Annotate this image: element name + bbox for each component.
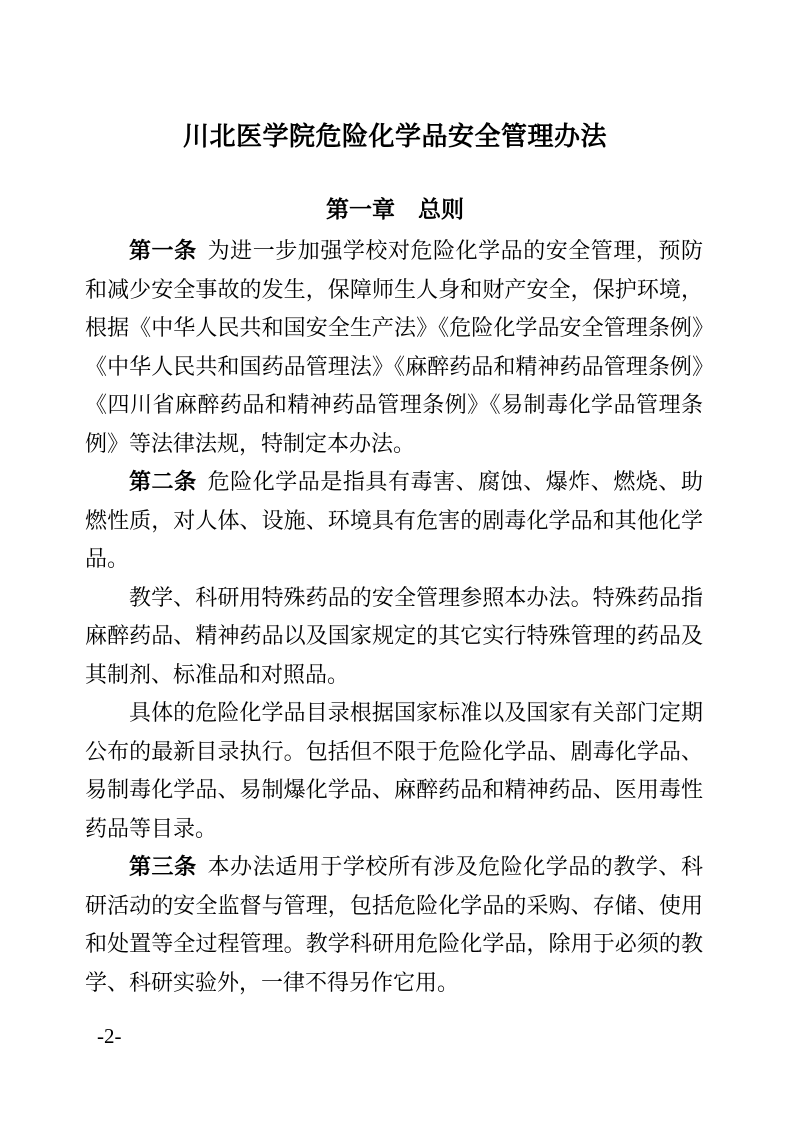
paragraph-text: 教学、科研用特殊药品的安全管理参照本办法。特殊药品指麻醉药品、精神药品以及国家规… (85, 585, 703, 687)
paragraph-text: 为进一步加强学校对危险化学品的安全管理，预防和减少安全事故的发生，保障师生人身和… (85, 238, 703, 456)
paragraph-article-2-cont-1: 教学、科研用特殊药品的安全管理参照本办法。特殊药品指麻醉药品、精神药品以及国家规… (85, 579, 703, 695)
paragraph-article-1: 第一条为进一步加强学校对危险化学品的安全管理，预防和减少安全事故的发生，保障师生… (85, 232, 703, 463)
article-label: 第一条 (129, 238, 197, 263)
paragraph-article-3: 第三条本办法适用于学校所有涉及危险化学品的教学、科研活动的安全监督与管理，包括危… (85, 848, 703, 1002)
paragraph-text: 具体的危险化学品目录根据国家标准以及国家有关部门定期公布的最新目录执行。包括但不… (85, 700, 703, 841)
document-title: 川北医学院危险化学品安全管理办法 (85, 118, 705, 156)
page-number: -2- (97, 1022, 122, 1050)
document-body: 第一条为进一步加强学校对危险化学品的安全管理，预防和减少安全事故的发生，保障师生… (85, 232, 703, 1002)
chapter-heading: 第一章 总则 (85, 192, 705, 228)
paragraph-article-2-cont-2: 具体的危险化学品目录根据国家标准以及国家有关部门定期公布的最新目录执行。包括但不… (85, 694, 703, 848)
article-label: 第三条 (129, 854, 197, 879)
article-label: 第二条 (129, 469, 197, 494)
paragraph-article-2: 第二条危险化学品是指具有毒害、腐蚀、爆炸、燃烧、助燃性质，对人体、设施、环境具有… (85, 463, 703, 579)
document-page: 川北医学院危险化学品安全管理办法 第一章 总则 第一条为进一步加强学校对危险化学… (0, 0, 793, 1122)
